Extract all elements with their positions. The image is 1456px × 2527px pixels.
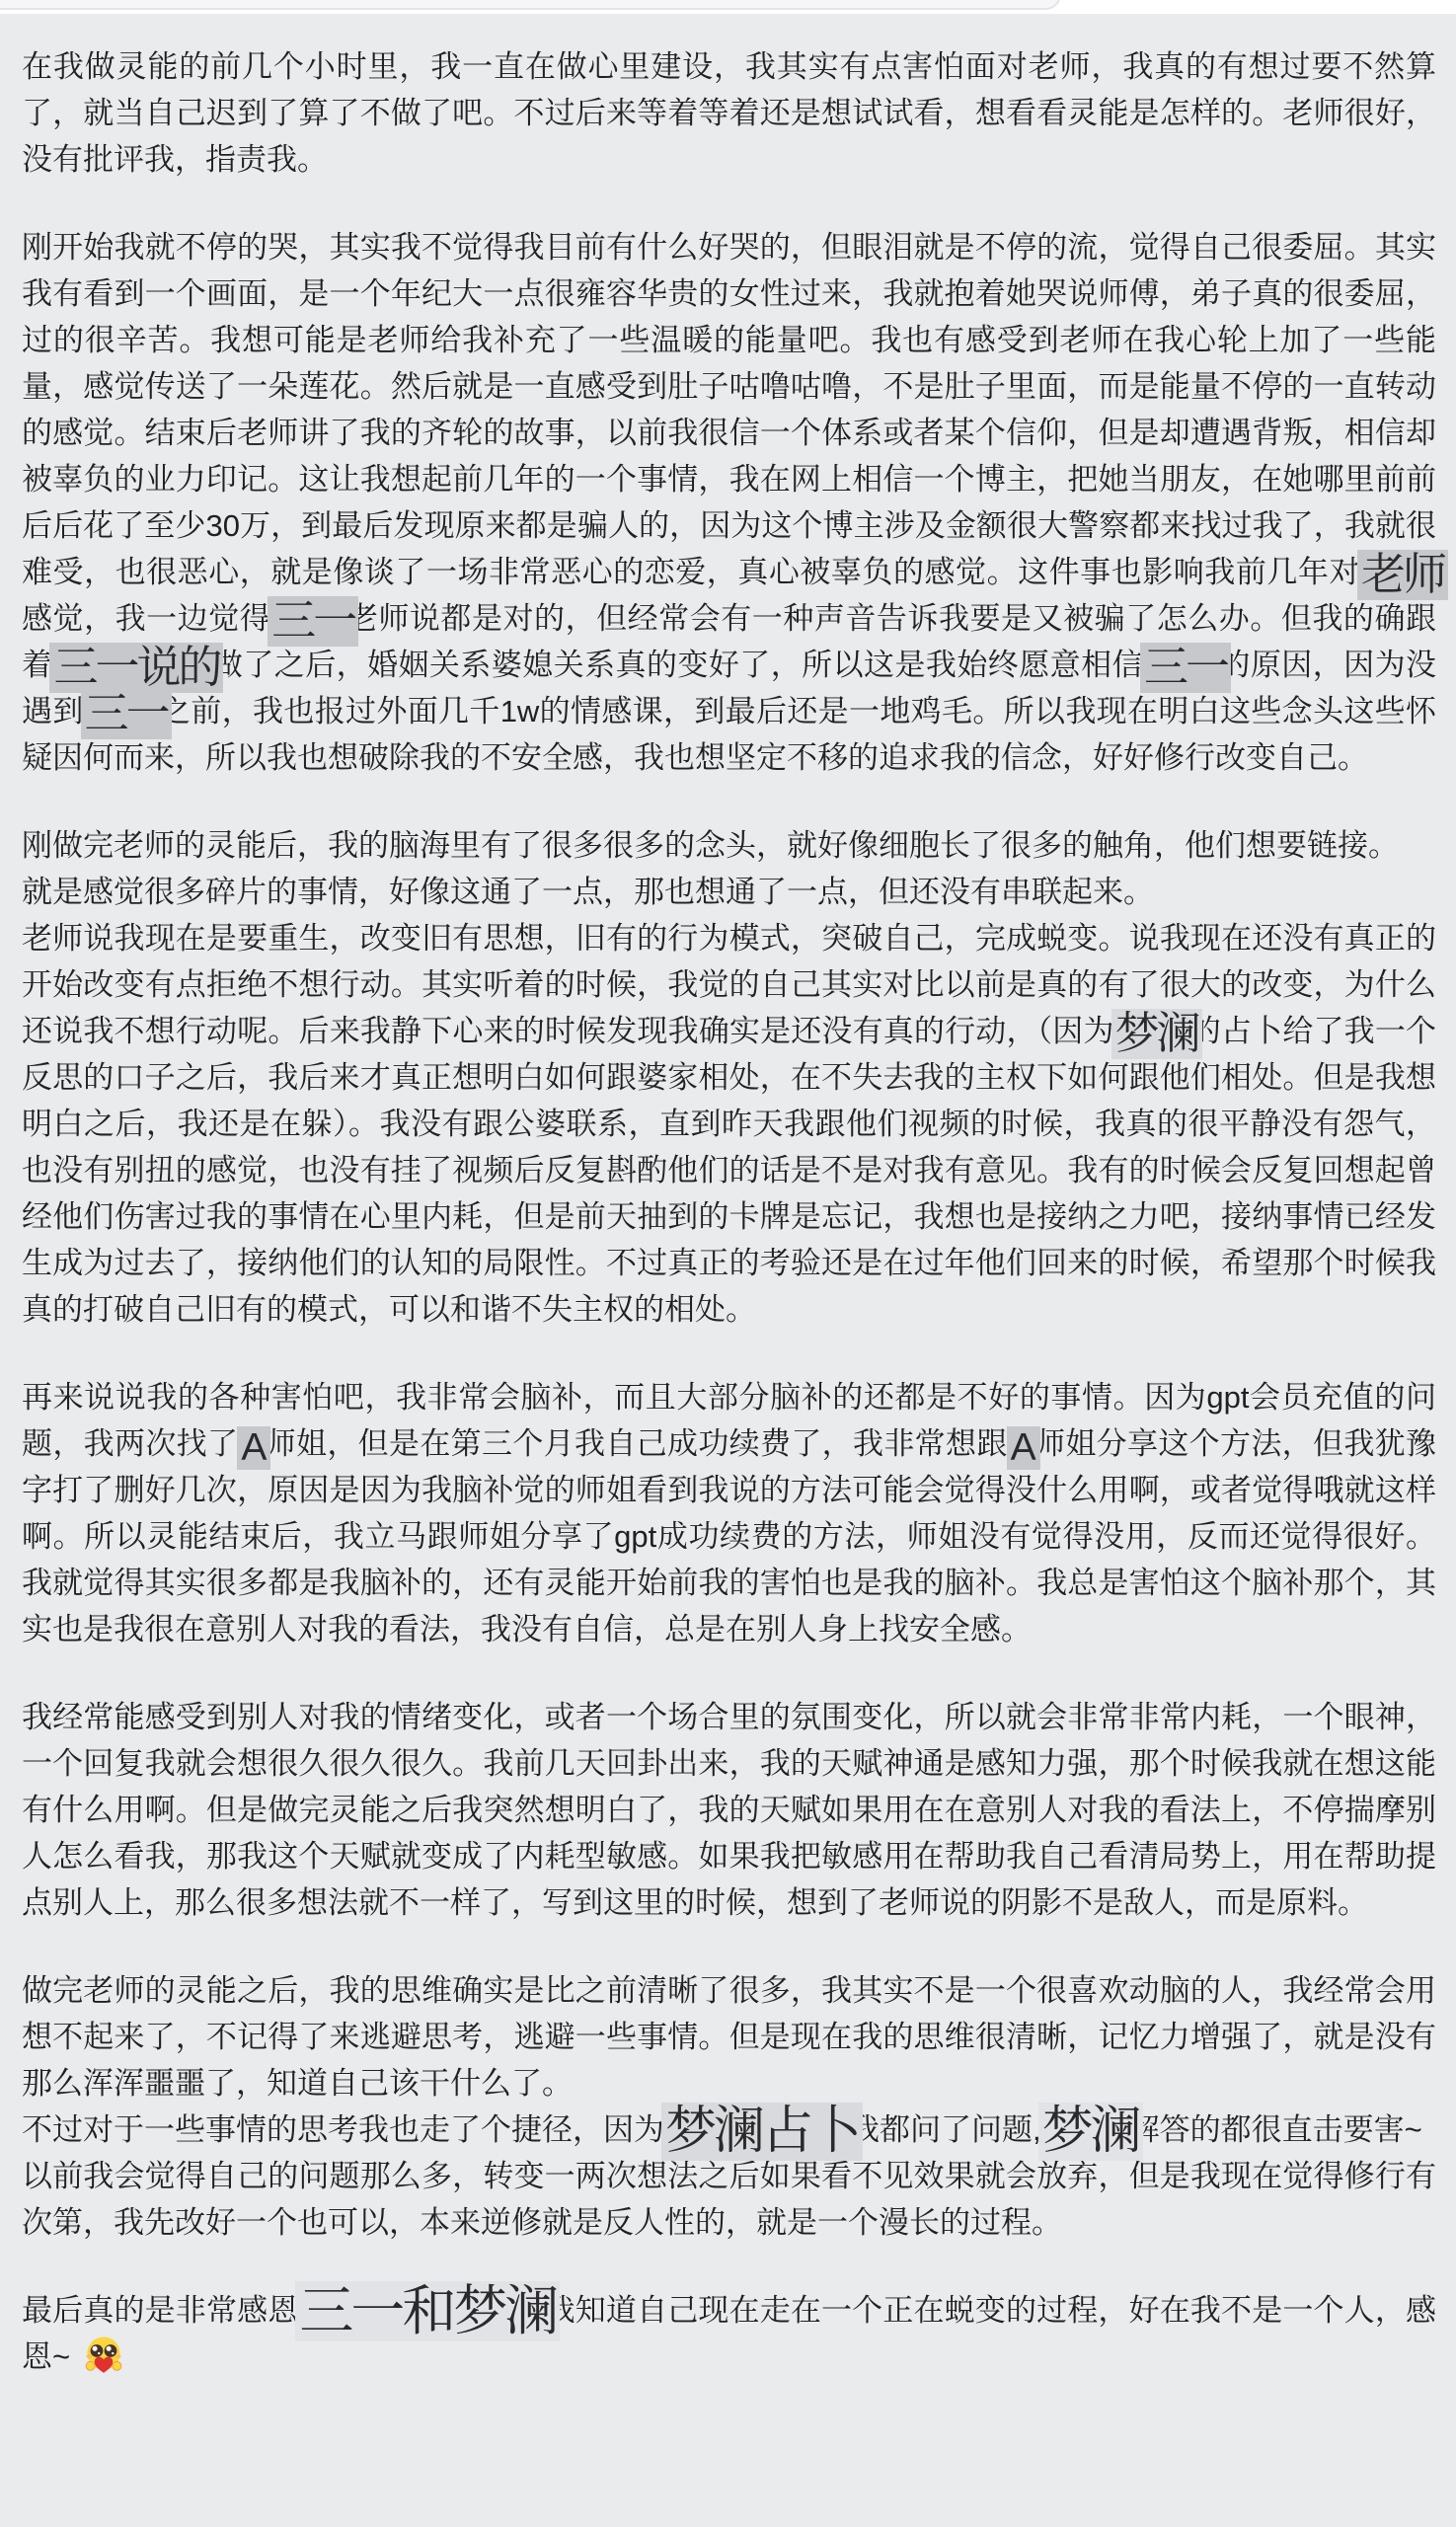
redacted-name: A (237, 1426, 270, 1470)
text-run: 刚做完老师的灵能后，我的脑海里有了很多很多的念头，就好像细胞长了很多的触角，他们… (22, 828, 1399, 863)
redacted-name: 梦澜占卜 (661, 2103, 863, 2160)
redacted-name: 三一 (1140, 643, 1231, 692)
redacted-name: 梦澜 (1038, 2103, 1143, 2160)
text-run: 师姐，但是在第三个月我自己成功续费了，我非常想跟 (265, 1426, 1007, 1461)
paragraph: 刚做完老师的灵能后，我的脑海里有了很多很多的念头，就好像细胞长了很多的触角，他们… (22, 822, 1436, 1333)
redacted-name: 三一说的 (49, 643, 223, 692)
paragraph: 最后真的是非常感恩三一和梦澜我知道自己现在走在一个正在蜕变的过程，好在我不是一个… (22, 2287, 1436, 2380)
paragraph: 我经常能感受到别人对我的情绪变化，或者一个场合里的氛围变化，所以就会非常非常内耗… (22, 1694, 1436, 1926)
paragraph: 再来说说我的各种害怕吧，我非常会脑补，而且大部分脑补的还都是不好的事情。因为gp… (22, 1374, 1436, 1652)
text-run: 以前我会觉得自己的问题那么多，转变一两次想法之后如果看不见效果就会放弃，但是我现… (22, 2159, 1436, 2240)
text-run: 之前，我也报过外面几千1w的情感课，到最后还是一地鸡毛。所以我现在明白这些念头这… (22, 694, 1436, 775)
text-run: 就是感觉很多碎片的事情，好像这通了一点，那也想通了一点，但还没有串联起来。 (22, 875, 1154, 909)
paragraph: 做完老师的灵能之后，我的思维确实是比之前清晰了很多，我其实不是一个很喜欢动脑的人… (22, 1967, 1436, 2246)
redacted-name: A (1007, 1426, 1040, 1470)
text-run: 刚开始我就不停的哭，其实我不觉得我目前有什么好哭的，但眼泪就是不停的流，觉得自己… (22, 230, 1436, 589)
paragraph: 刚开始我就不停的哭，其实我不觉得我目前有什么好哭的，但眼泪就是不停的流，觉得自己… (22, 224, 1436, 781)
text-run: 做了之后，婚姻关系婆媳关系真的变好了，所以这是我始终愿意相信 (211, 648, 1143, 682)
text-run: 不过对于一些事情的思考我也走了个捷径，因为 (22, 2112, 664, 2147)
text-run: 最后真的是非常感恩 (22, 2293, 298, 2328)
paragraph: 在我做灵能的前几个小时里，我一直在做心里建设，我其实有点害怕面对老师，我真的有想… (22, 43, 1436, 183)
redacted-name: 三一 (81, 689, 172, 738)
text-run: 做完老师的灵能之后，我的思维确实是比之前清晰了很多，我其实不是一个很喜欢动脑的人… (22, 1973, 1436, 2101)
chrome-pill (0, 0, 1061, 10)
text-run: 的占卜给了我一个反思的口子之后，我后来才真正想明白如何跟婆家相处，在不失去我的主… (22, 1014, 1436, 1327)
article-body: 在我做灵能的前几个小时里，我一直在做心里建设，我其实有点害怕面对老师，我真的有想… (0, 14, 1456, 2380)
redacted-name: 三一和梦澜 (295, 2281, 560, 2342)
text-run: 解答的都很直击要害~ (1129, 2112, 1422, 2147)
text-run: 感觉，我一边觉得 (22, 601, 270, 636)
browser-chrome-strip (0, 0, 1456, 14)
hug-heart-emoji-icon (81, 2334, 126, 2377)
redacted-name: 老师 (1357, 550, 1448, 599)
text-run: 我都问了问题, (849, 2112, 1041, 2147)
text-run: 我经常能感受到别人对我的情绪变化，或者一个场合里的氛围变化，所以就会非常非常内耗… (22, 1700, 1436, 1920)
text-run: 在我做灵能的前几个小时里，我一直在做心里建设，我其实有点害怕面对老师，我真的有想… (22, 49, 1436, 177)
redacted-name: 梦澜 (1111, 1009, 1202, 1058)
redacted-name: 三一 (268, 596, 358, 646)
